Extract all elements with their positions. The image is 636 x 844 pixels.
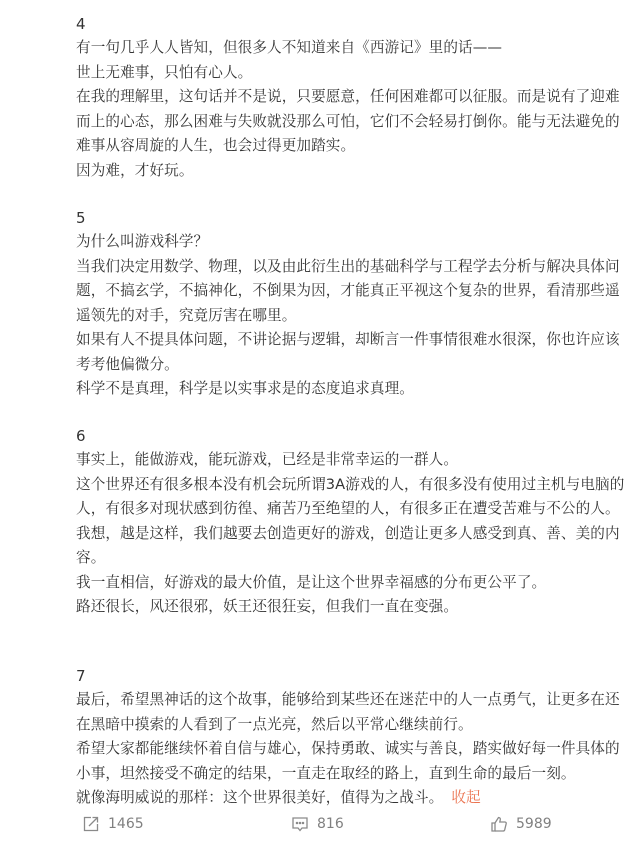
paragraph: 我一直相信，好游戏的最大价值，是让这个世界幸福感的分布更公平了。 [76, 571, 628, 596]
paragraph: 为什么叫游戏科学？ [76, 230, 628, 255]
section-5: 5 为什么叫游戏科学？ 当我们决定用数学、物理，以及由此衍生出的基础科学与工程学… [76, 206, 628, 402]
paragraph: 因为难，才好玩。 [76, 159, 628, 184]
section-number: 6 [76, 424, 628, 448]
paragraph: 如果有人不提具体问题，不讲论据与逻辑，却断言一件事情很难水很深，你也许应该考考他… [76, 328, 628, 377]
paragraph-text: 就像海明威说的那样：这个世界很美好，值得为之战斗。 [76, 789, 443, 806]
paragraph: 科学不是真理，科学是以实事求是的态度追求真理。 [76, 377, 628, 402]
comment-button[interactable]: 816 [291, 815, 344, 833]
paragraph: 有一句几乎人人皆知，但很多人不知道来自《西游记》里的话—— [76, 36, 628, 61]
comment-icon [291, 815, 309, 833]
paragraph: 世上无难事，只怕有心人。 [76, 61, 628, 86]
section-number: 7 [76, 664, 628, 688]
paragraph: 事实上，能做游戏，能玩游戏，已经是非常幸运的一群人。 [76, 448, 628, 473]
paragraph: 当我们决定用数学、物理，以及由此衍生出的基础科学与工程学去分析与解决具体问题，不… [76, 255, 628, 329]
paragraph: 在我的理解里，这句话并不是说，只要愿意，任何困难都可以征服。而是说有了迎难而上的… [76, 85, 628, 159]
thumbs-up-icon [490, 815, 508, 833]
comment-count: 816 [317, 816, 344, 832]
like-count: 5989 [516, 816, 552, 832]
paragraph: 路还很长，风还很邪，妖王还很狂妄，但我们一直在变强。 [76, 595, 628, 620]
section-6: 6 事实上，能做游戏，能玩游戏，已经是非常幸运的一群人。 这个世界还有很多根本没… [76, 424, 628, 620]
like-button[interactable]: 5989 [490, 815, 552, 833]
action-bar: 1465 816 5989 [0, 815, 636, 839]
repost-button[interactable]: 1465 [82, 815, 144, 833]
paragraph: 我想，越是这样，我们越要去创造更好的游戏，创造让更多人感受到真、善、美的内容。 [76, 522, 628, 571]
paragraph: 最后，希望黑神话的这个故事，能够给到某些还在迷茫中的人一点勇气，让更多在还在黑暗… [76, 688, 628, 737]
paragraph: 希望大家都能继续怀着自信与雄心，保持勇敢、诚实与善良，踏实做好每一件具体的小事，… [76, 737, 628, 786]
collapse-link[interactable]: 收起 [451, 789, 480, 806]
repost-icon [82, 815, 100, 833]
paragraph: 这个世界还有很多根本没有机会玩所谓3A游戏的人，有很多没有使用过主机与电脑的人，… [76, 473, 628, 522]
repost-count: 1465 [108, 816, 144, 832]
section-number: 4 [76, 12, 628, 36]
section-4: 4 有一句几乎人人皆知，但很多人不知道来自《西游记》里的话—— 世上无难事，只怕… [76, 12, 628, 183]
last-paragraph: 就像海明威说的那样：这个世界很美好，值得为之战斗。收起 [76, 786, 628, 811]
section-7: 7 最后，希望黑神话的这个故事，能够给到某些还在迷茫中的人一点勇气，让更多在还在… [76, 664, 628, 811]
section-number: 5 [76, 206, 628, 230]
